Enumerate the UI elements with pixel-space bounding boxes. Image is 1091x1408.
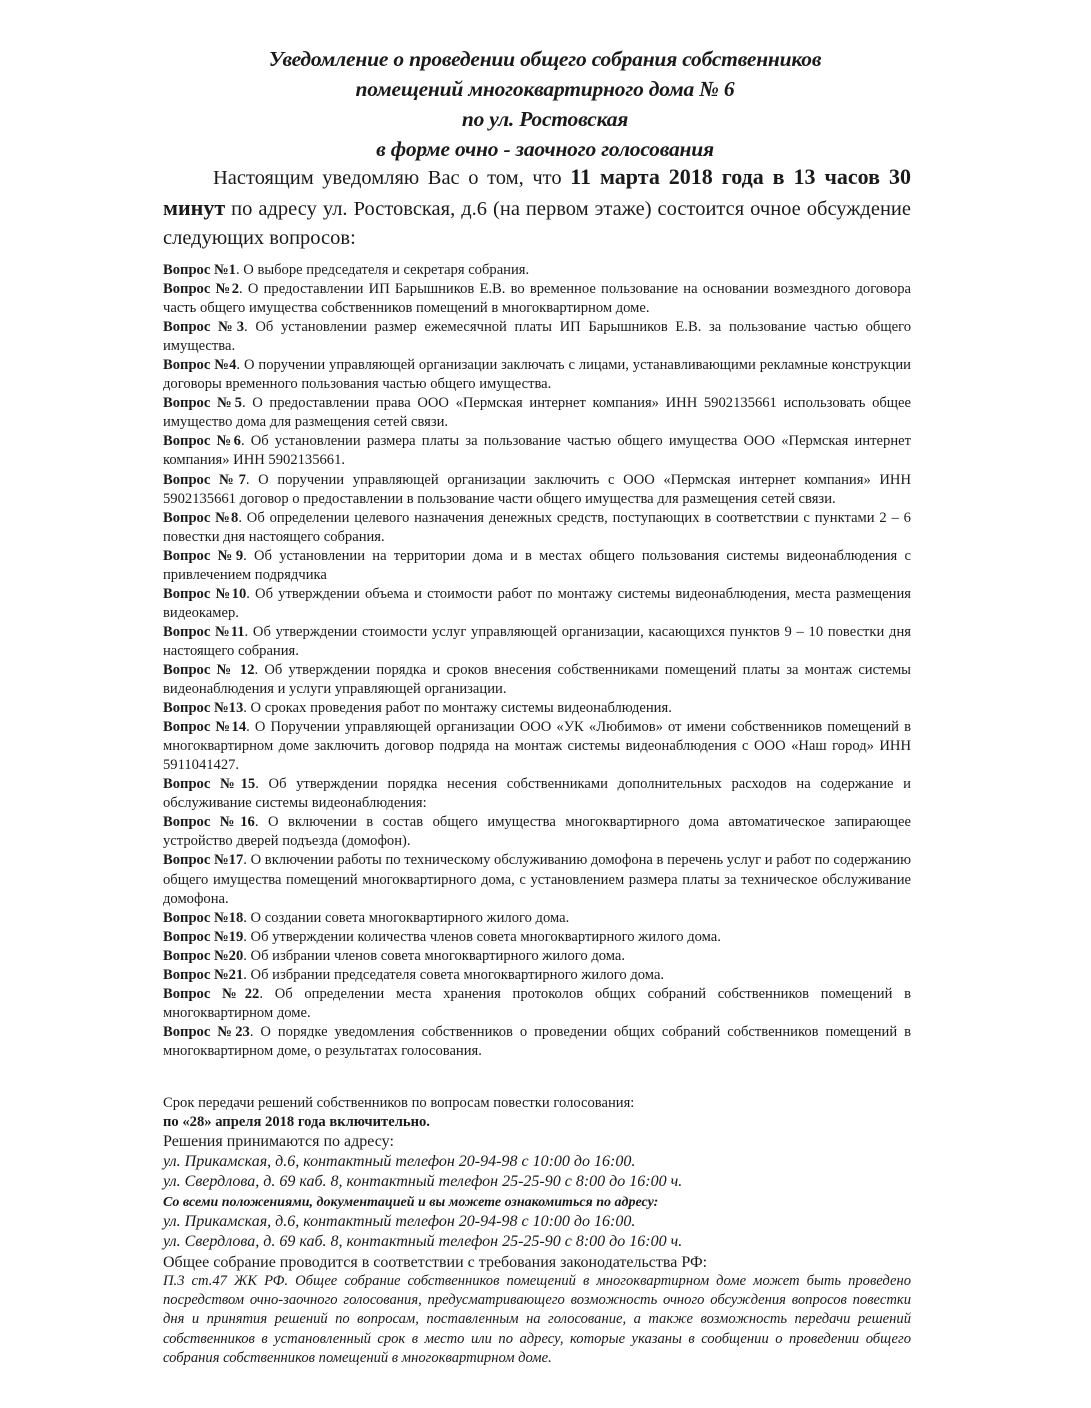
agenda-item-text: . О включении в состав общего имущества … [163, 814, 911, 849]
accept-address: ул. Свердлова, д. 69 каб. 8, контактный … [163, 1172, 911, 1193]
agenda-item-label: Вопрос №3 [163, 319, 244, 335]
accept-label: Решения принимаются по адресу: [163, 1132, 911, 1152]
agenda-item-label: Вопрос №13 [163, 700, 243, 716]
agenda-item-text: . Об определении целевого назначения ден… [163, 510, 911, 545]
agenda-item-text: . Об утверждении объема и стоимости рабо… [163, 586, 911, 621]
agenda-item-label: Вопрос №5 [163, 395, 242, 411]
agenda-item-text: . Об утверждении порядка несения собстве… [163, 776, 911, 811]
agenda-item: Вопрос №17. О включении работы по технич… [163, 851, 911, 908]
agenda-item-label: Вопрос №23 [163, 1024, 250, 1040]
agenda-item-text: . О создании совета многоквартирного жил… [243, 910, 569, 926]
agenda-item-label: Вопрос №20 [163, 948, 243, 964]
docs-label: Со всеми положениями, документацией и вы… [163, 1193, 911, 1212]
agenda-item-label: Вопрос №18 [163, 910, 243, 926]
agenda-item-label: Вопрос №11 [163, 624, 245, 640]
agenda-item-text: . Об избрании членов совета многоквартир… [243, 948, 625, 964]
law-text: П.3 ст.47 ЖК РФ. Общее собрание собствен… [163, 1272, 911, 1368]
agenda-item-label: Вопрос №17 [163, 852, 243, 868]
agenda-item-text: . Об установлении размера платы за польз… [163, 433, 911, 468]
agenda-item: Вопрос №15. Об утверждении порядка несен… [163, 775, 911, 813]
title-line: в форме очно - заочного голосования [160, 134, 930, 164]
agenda-item: Вопрос №2. О предоставлении ИП Барышнико… [163, 280, 911, 318]
agenda-item: Вопрос №18. О создании совета многокварт… [163, 909, 911, 928]
agenda-item-label: Вопрос №7 [163, 472, 246, 488]
agenda-item-text: . О Поручении управляющей организации ОО… [163, 719, 911, 773]
agenda-item: Вопрос №1. О выборе председателя и секре… [163, 261, 911, 280]
agenda-item-label: Вопрос №8 [163, 510, 238, 526]
agenda-item: Вопрос №20. Об избрании членов совета мн… [163, 947, 911, 966]
docs-address: ул. Свердлова, д. 69 каб. 8, контактный … [163, 1232, 911, 1253]
agenda-item-text: . Об утверждении стоимости услуг управля… [163, 624, 911, 659]
agenda-item: Вопрос №5. О предоставлении права ООО «П… [163, 394, 911, 432]
agenda-item-label: Вопрос № 12 [163, 662, 255, 678]
agenda-item-label: Вопрос №14 [163, 719, 246, 735]
notice-document: Уведомление о проведении общего собрания… [0, 0, 1091, 1408]
agenda-item-label: Вопрос №19 [163, 929, 243, 945]
agenda-item: Вопрос №10. Об утверждении объема и стои… [163, 585, 911, 623]
intro-paragraph: Настоящим уведомляю Вас о том, что 11 ма… [163, 162, 911, 253]
agenda-item: Вопрос №22. Об определении места хранени… [163, 985, 911, 1023]
agenda-item: Вопрос №19. Об утверждении количества чл… [163, 928, 911, 947]
agenda-item-label: Вопрос №22 [163, 986, 259, 1002]
agenda-item-label: Вопрос №21 [163, 967, 243, 983]
intro-text: Настоящим уведомляю Вас о том, что [213, 167, 570, 189]
agenda-item: Вопрос №7. О поручении управляющей орган… [163, 471, 911, 509]
agenda-item-text: . Об избрании председателя совета многок… [243, 967, 664, 983]
deadline-value: по «28» апреля 2018 года включительно. [163, 1113, 911, 1132]
agenda-item-text: . О поручении управляющей организации за… [163, 357, 911, 392]
agenda-item-label: Вопрос №16 [163, 814, 255, 830]
agenda-item: Вопрос №11. Об утверждении стоимости усл… [163, 623, 911, 661]
agenda-item-text: . О поручении управляющей организации за… [163, 472, 911, 507]
title-line: по ул. Ростовская [160, 104, 930, 134]
accept-address: ул. Прикамская, д.6, контактный телефон … [163, 1152, 911, 1173]
agenda-item-text: . О сроках проведения работ по монтажу с… [243, 700, 672, 716]
title-line: помещений многоквартирного дома № 6 [160, 74, 930, 104]
agenda-item-text: . О предоставлении ИП Барышников Е.В. во… [163, 281, 911, 316]
agenda-item-text: . О выборе председателя и секретаря собр… [236, 262, 529, 278]
title-line: Уведомление о проведении общего собрания… [160, 44, 930, 74]
agenda-item: Вопрос №9. Об установлении на территории… [163, 547, 911, 585]
agenda-item-text: . О порядке уведомления собственников о … [163, 1024, 911, 1059]
agenda-item: Вопрос №14. О Поручении управляющей орга… [163, 718, 911, 775]
agenda-item: Вопрос №16. О включении в состав общего … [163, 813, 911, 851]
law-label: Общее собрание проводится в соответствии… [163, 1253, 911, 1273]
document-title: Уведомление о проведении общего собрания… [160, 44, 930, 164]
agenda-item-text: . Об утверждении количества членов совет… [243, 929, 721, 945]
agenda-item-label: Вопрос №1 [163, 262, 236, 278]
agenda-item-label: Вопрос №6 [163, 433, 241, 449]
agenda-item: Вопрос № 12. Об утверждении порядка и ср… [163, 661, 911, 699]
agenda-item-text: . Об установлении размер ежемесячной пла… [163, 319, 911, 354]
footer-section: Срок передачи решений собственников по в… [163, 1094, 911, 1368]
agenda-item-text: . Об утверждении порядка и сроков внесен… [163, 662, 911, 697]
agenda-item: Вопрос №8. Об определении целевого назна… [163, 509, 911, 547]
agenda-item-text: . Об определении места хранения протокол… [163, 986, 911, 1021]
agenda-item-label: Вопрос №4 [163, 357, 236, 373]
agenda-item-label: Вопрос №15 [163, 776, 255, 792]
intro-text-2: по адресу ул. Ростовская, д.6 (на первом… [163, 198, 911, 249]
deadline-label: Срок передачи решений собственников по в… [163, 1094, 911, 1113]
agenda-item-label: Вопрос №2 [163, 281, 239, 297]
agenda-item: Вопрос №23. О порядке уведомления собств… [163, 1023, 911, 1061]
agenda-list: Вопрос №1. О выборе председателя и секре… [163, 261, 911, 1061]
agenda-item-text: . Об установлении на территории дома и в… [163, 548, 911, 583]
agenda-item-text: . О включении работы по техническому обс… [163, 852, 911, 906]
docs-address: ул. Прикамская, д.6, контактный телефон … [163, 1212, 911, 1233]
agenda-item: Вопрос №13. О сроках проведения работ по… [163, 699, 911, 718]
agenda-item: Вопрос №6. Об установлении размера платы… [163, 432, 911, 470]
agenda-item-label: Вопрос №10 [163, 586, 246, 602]
agenda-item-label: Вопрос №9 [163, 548, 243, 564]
agenda-item: Вопрос №21. Об избрании председателя сов… [163, 966, 911, 985]
agenda-item: Вопрос №3. Об установлении размер ежемес… [163, 318, 911, 356]
agenda-item: Вопрос №4. О поручении управляющей орган… [163, 356, 911, 394]
agenda-item-text: . О предоставлении права ООО «Пермская и… [163, 395, 911, 430]
